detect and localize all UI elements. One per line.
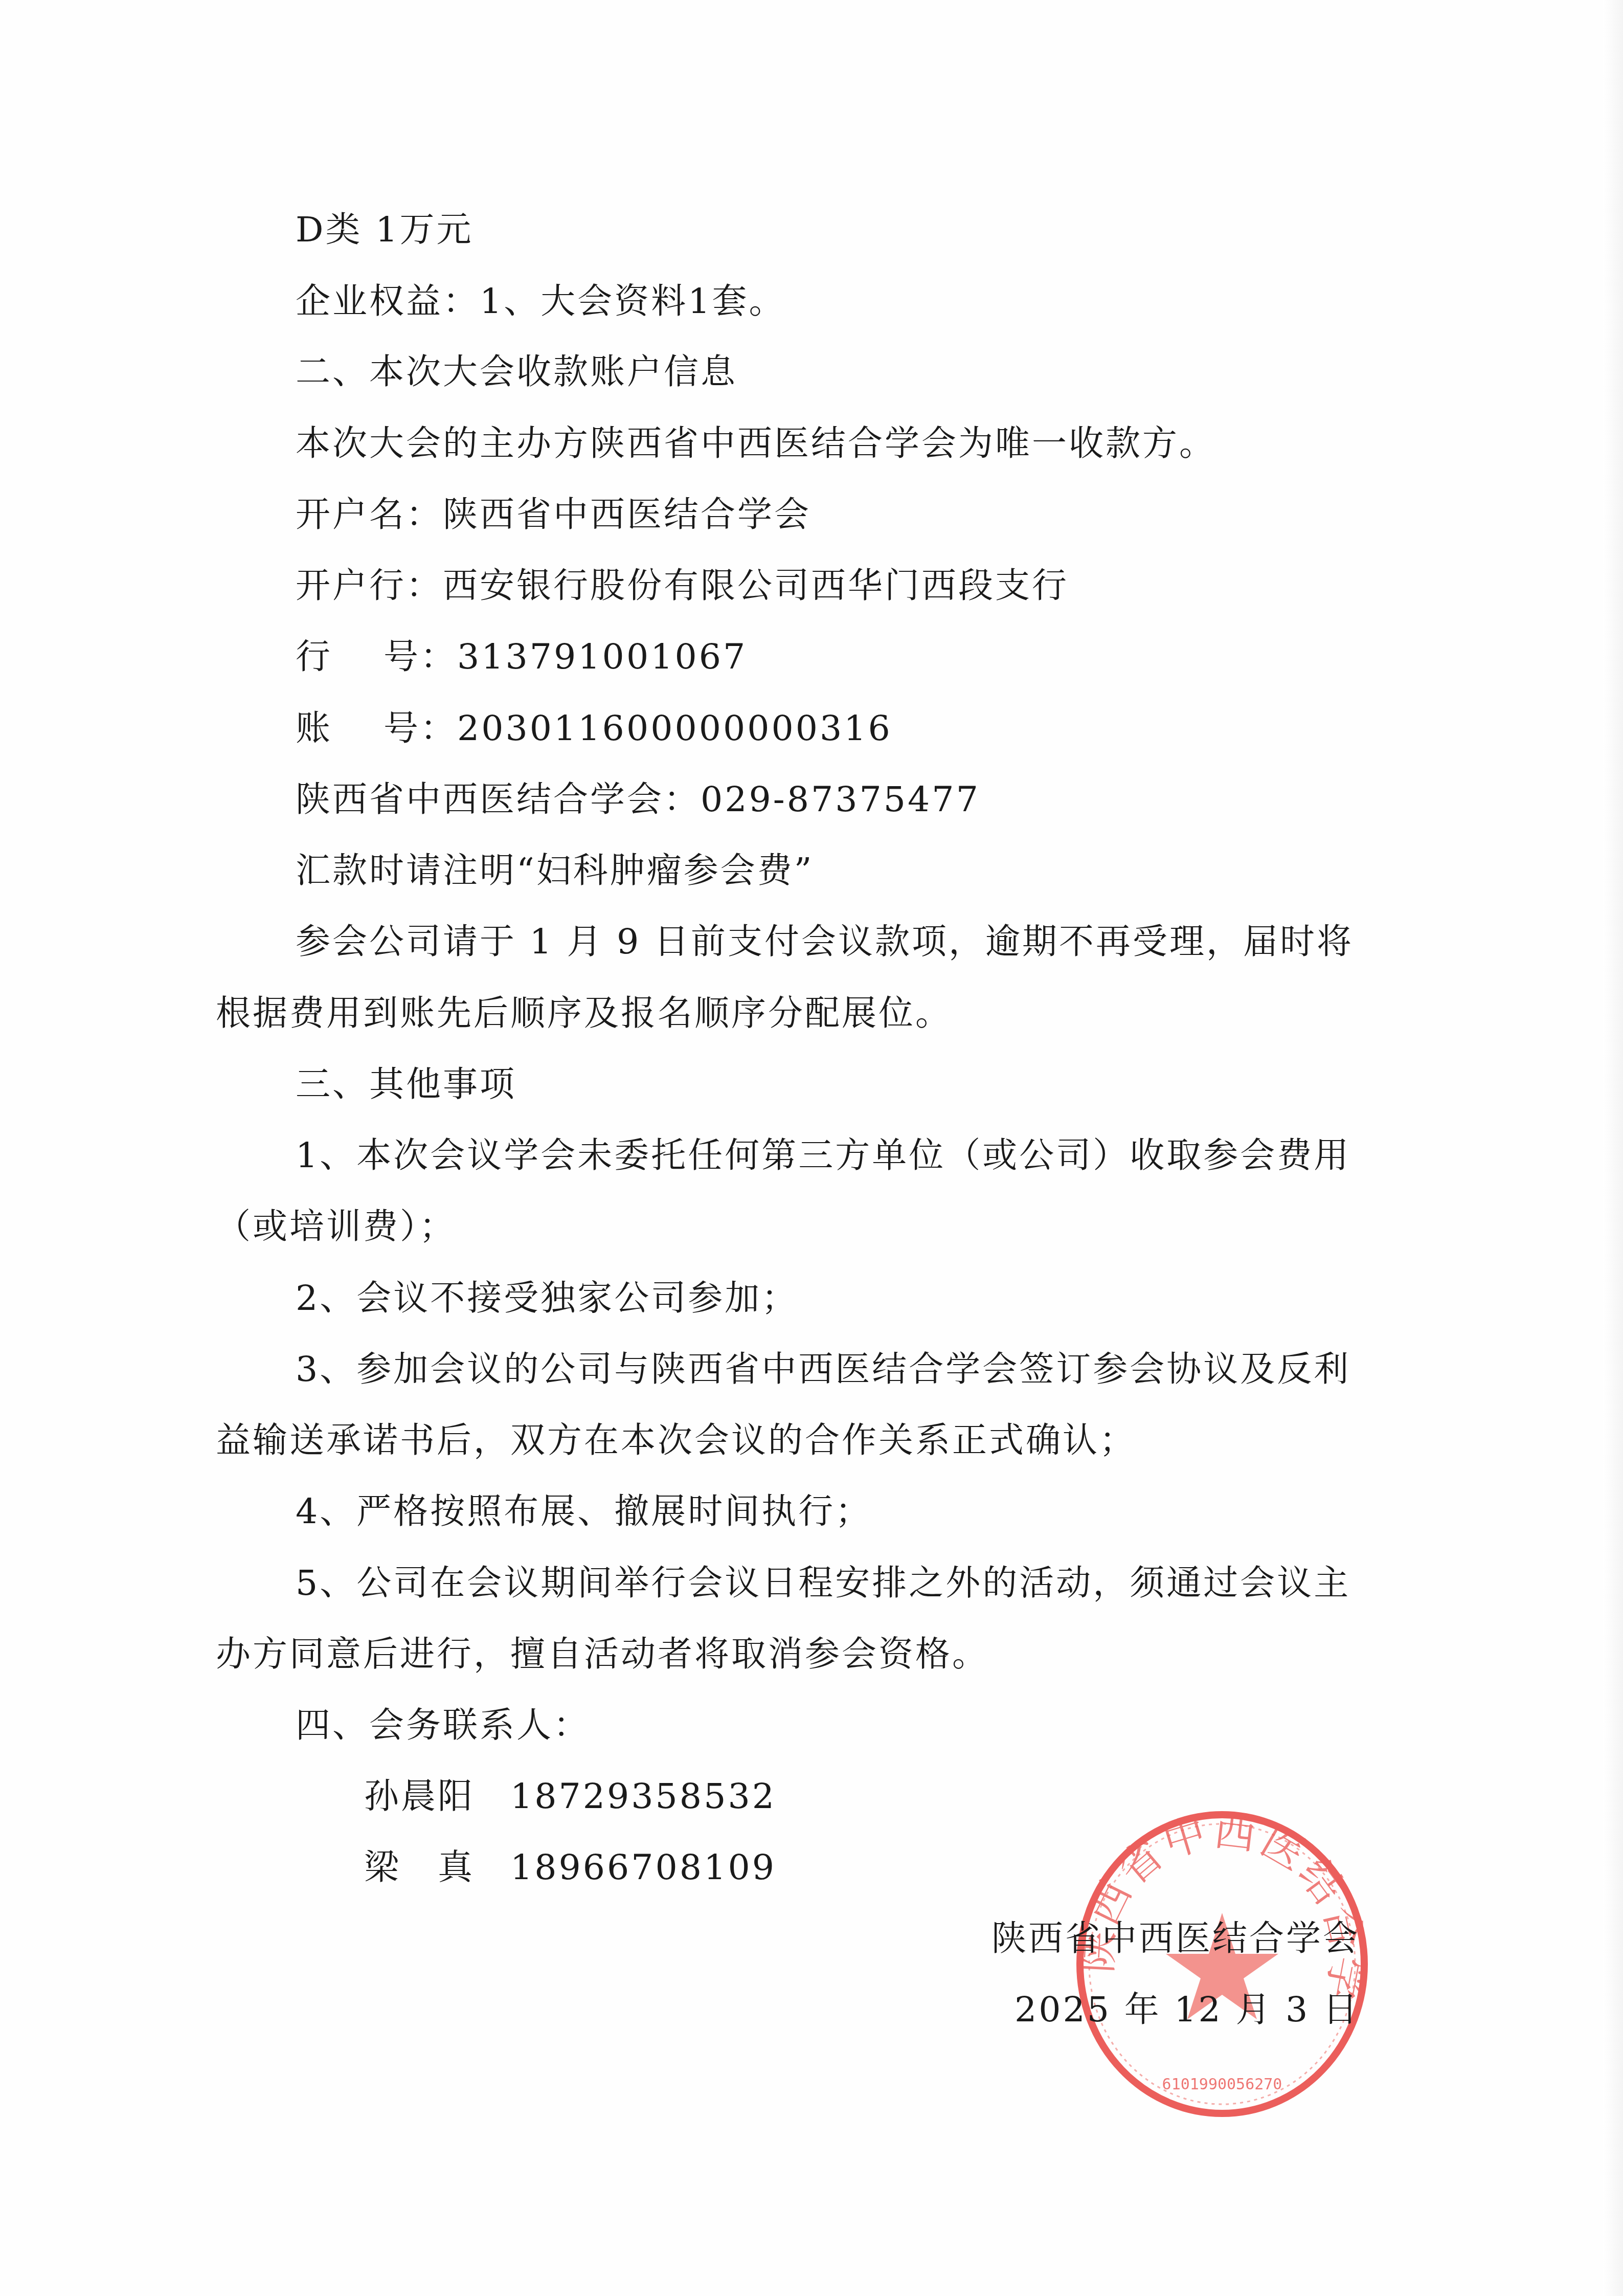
item1-line-1: 1、本次会议学会未委托任何第三方单位（或公司）收取参会费用 [296, 1133, 1350, 1179]
phone-line: 陕西省中西医结合学会：029-87375477 [296, 777, 980, 823]
d-class-line: D类 1万元 [296, 207, 473, 253]
item2-line: 2、会议不接受独家公司参加； [296, 1276, 798, 1322]
account-number-label-a: 账 [296, 708, 332, 749]
account-number-value: 203011600000000316 [457, 708, 892, 749]
section2-heading: 二、本次大会收款账户信息 [296, 349, 737, 395]
bank-line: 开户行：西安银行股份有限公司西华门西段支行 [296, 563, 1069, 609]
item3-line-2: 益输送承诺书后，双方在本次会议的合作关系正式确认； [216, 1418, 1136, 1464]
contact-name: 孙晨阳 [364, 1776, 475, 1817]
account-name-value: 陕西省中西医结合学会 [443, 495, 811, 535]
contact-phone: 18966708109 [510, 1847, 776, 1888]
bank-value: 西安银行股份有限公司西华门西段支行 [443, 566, 1069, 606]
item5-line-1: 5、公司在会议期间举行会议日程安排之外的活动，须通过会议主 [296, 1561, 1350, 1607]
item1-line-2: （或培训费）； [216, 1204, 456, 1250]
bank-number-label-a: 行 [296, 637, 332, 677]
account-name-line: 开户名：陕西省中西医结合学会 [296, 492, 811, 538]
account-number-label-b: 号： [384, 708, 457, 749]
bank-label: 开户行： [296, 566, 443, 606]
document-page: D类 1万元 企业权益：1、大会资料1套。 二、本次大会收款账户信息 本次大会的… [0, 0, 1623, 2296]
remit-note-line: 汇款时请注明“妇科肿瘤参会费” [296, 848, 814, 894]
contact-row: 梁 真18966708109 [364, 1845, 776, 1891]
account-name-label: 开户名： [296, 495, 443, 535]
signature-date: 2025 年 12 月 3 日 [1015, 1987, 1360, 2033]
contact-row: 孙晨阳18729358532 [364, 1774, 776, 1820]
seal-code: 6101990056270 [1162, 2076, 1282, 2093]
sole-payee-line: 本次大会的主办方陕西省中西医结合学会为唯一收款方。 [296, 421, 1216, 467]
scan-edge-shadow [1603, 0, 1623, 2296]
signature-org: 陕西省中西医结合学会 [991, 1916, 1360, 1962]
item4-line: 4、严格按照布展、撤展时间执行； [296, 1489, 872, 1535]
item5-line-2: 办方同意后进行，擅自活动者将取消参会资格。 [216, 1632, 989, 1678]
phone-label: 陕西省中西医结合学会： [296, 779, 701, 820]
benefits-line: 企业权益：1、大会资料1套。 [296, 279, 786, 325]
section4-heading: 四、会务联系人： [296, 1703, 590, 1749]
account-number-line: 账号：203011600000000316 [296, 706, 892, 752]
bank-number-value: 313791001067 [457, 637, 747, 677]
section3-heading: 三、其他事项 [296, 1062, 516, 1108]
deadline-line-2: 根据费用到账先后顺序及报名顺序分配展位。 [216, 991, 952, 1037]
official-seal-stamp: 陕西省中西医结合学会 6101990056270 [1069, 1805, 1376, 2123]
contact-phone: 18729358532 [510, 1776, 776, 1817]
bank-number-line: 行号：313791001067 [296, 634, 747, 680]
phone-value: 029-87375477 [701, 779, 980, 820]
deadline-line-1: 参会公司请于 1 月 9 日前支付会议款项，逾期不再受理，届时将 [296, 919, 1354, 965]
bank-number-label-b: 号： [384, 637, 457, 677]
contact-name: 梁 真 [364, 1847, 475, 1888]
item3-line-1: 3、参加会议的公司与陕西省中西医结合学会签订参会协议及反利 [296, 1347, 1350, 1393]
